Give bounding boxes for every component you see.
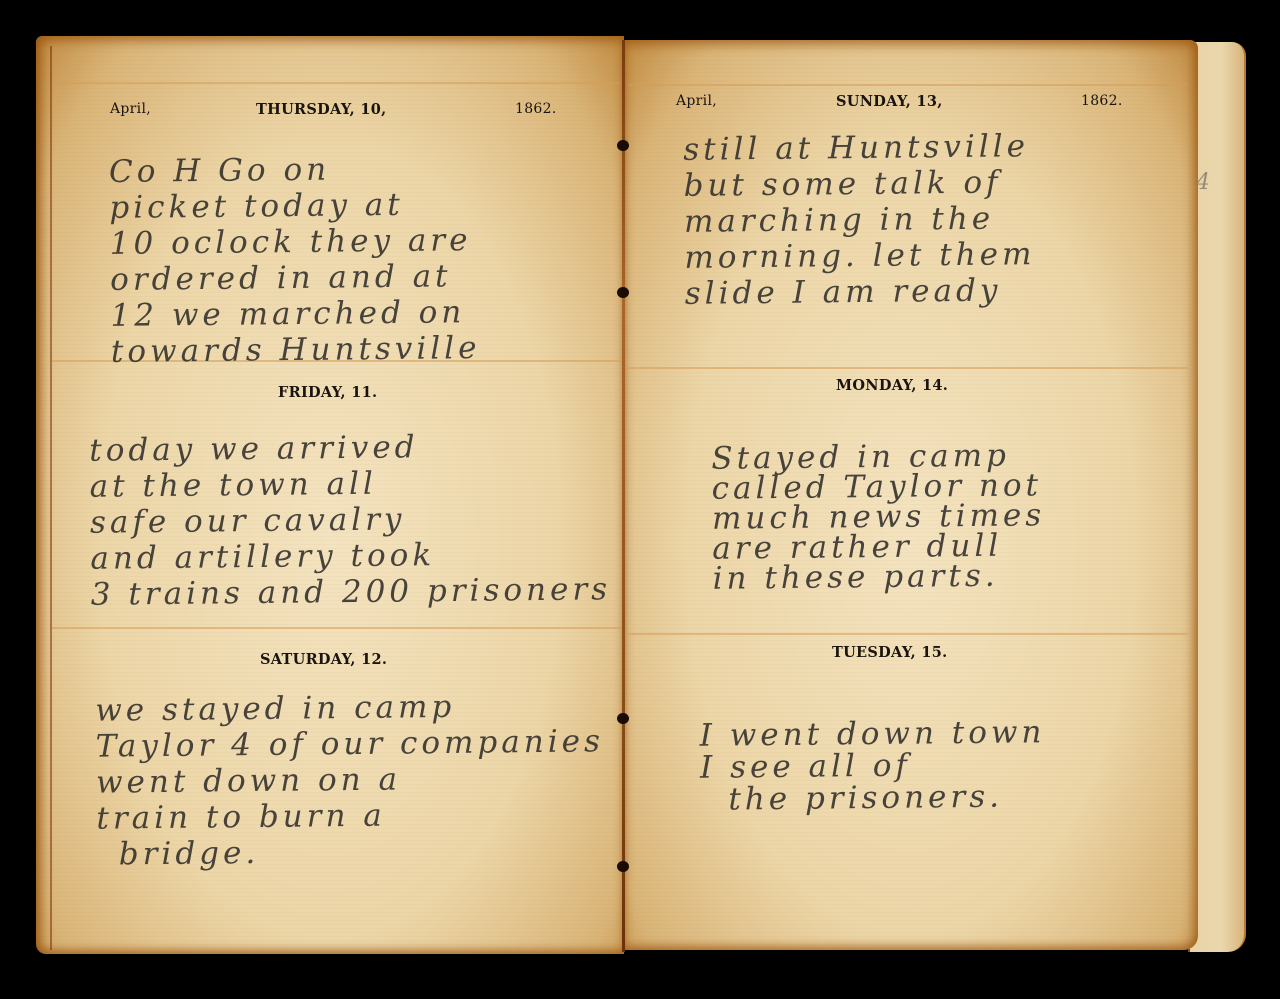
entry-line: 3 trains and 200 prisoners: [91, 571, 612, 612]
entry-line: train to burn a: [96, 795, 605, 836]
entry-line: 10 oclock they are: [110, 222, 480, 262]
section-divider: [628, 367, 1188, 369]
section-divider: [628, 633, 1188, 635]
entry-line: went down on a: [96, 759, 605, 800]
entry-line: 12 we marched on: [110, 294, 480, 334]
year-label: 1862.: [515, 101, 557, 117]
diary-spread: 4 April, THURSDAY, 10, 1862. Co H Go on …: [0, 0, 1280, 999]
entry-line: bridge.: [97, 831, 606, 872]
entry-line: ordered in and at: [110, 258, 480, 298]
month-label: April,: [110, 101, 151, 117]
margin-pencil-mark: 4: [1196, 170, 1220, 200]
binding-hole: [617, 287, 629, 298]
diary-entry-sunday: still at Huntsville but some talk of mar…: [683, 128, 1036, 312]
day-heading: THURSDAY, 10,: [256, 101, 386, 118]
entry-line: slide I am ready: [685, 272, 1036, 312]
entry-line: morning. let them: [684, 236, 1035, 276]
day-heading: MONDAY, 14.: [836, 377, 948, 394]
entry-line: Taylor 4 of our companies: [95, 723, 604, 764]
top-rule: [52, 82, 620, 84]
month-label: April,: [676, 93, 717, 109]
year-label: 1862.: [1081, 93, 1123, 109]
entry-line: today we arrived: [89, 427, 610, 468]
section-divider: [52, 627, 622, 629]
entry-line: at the town all: [89, 463, 610, 504]
day-heading: SUNDAY, 13,: [836, 93, 943, 110]
entry-line: and artillery took: [90, 535, 611, 576]
entry-line: I went down town: [700, 716, 1046, 752]
entry-line: Co H Go on: [109, 150, 479, 190]
entry-line: in these parts.: [712, 560, 1045, 593]
diary-entry-tuesday: I went down town I see all of the prison…: [700, 716, 1047, 816]
entry-line: picket today at: [109, 186, 479, 226]
day-heading: TUESDAY, 15.: [832, 644, 947, 661]
entry-line: but some talk of: [683, 164, 1034, 204]
binding-hole: [617, 140, 629, 151]
day-heading: SATURDAY, 12.: [260, 651, 387, 668]
entry-line: marching in the: [684, 200, 1035, 240]
book-spine: [622, 40, 625, 952]
day-heading: FRIDAY, 11.: [278, 384, 377, 401]
diary-entry-saturday: we stayed in camp Taylor 4 of our compan…: [95, 687, 605, 872]
entry-line: towards Huntsville: [111, 330, 481, 370]
diary-entry-friday: today we arrived at the town all safe ou…: [89, 427, 611, 612]
top-rule: [628, 84, 1188, 86]
entry-line: still at Huntsville: [683, 128, 1034, 168]
entry-line: safe our cavalry: [90, 499, 611, 540]
binding-hole: [617, 713, 629, 724]
entry-line: the prisoners.: [700, 780, 1046, 816]
diary-entry-monday: Stayed in camp called Taylor not much ne…: [711, 440, 1046, 593]
binding-hole: [617, 861, 629, 872]
diary-entry-thursday: Co H Go on picket today at 10 oclock the…: [109, 150, 481, 370]
entry-line: we stayed in camp: [95, 687, 604, 728]
